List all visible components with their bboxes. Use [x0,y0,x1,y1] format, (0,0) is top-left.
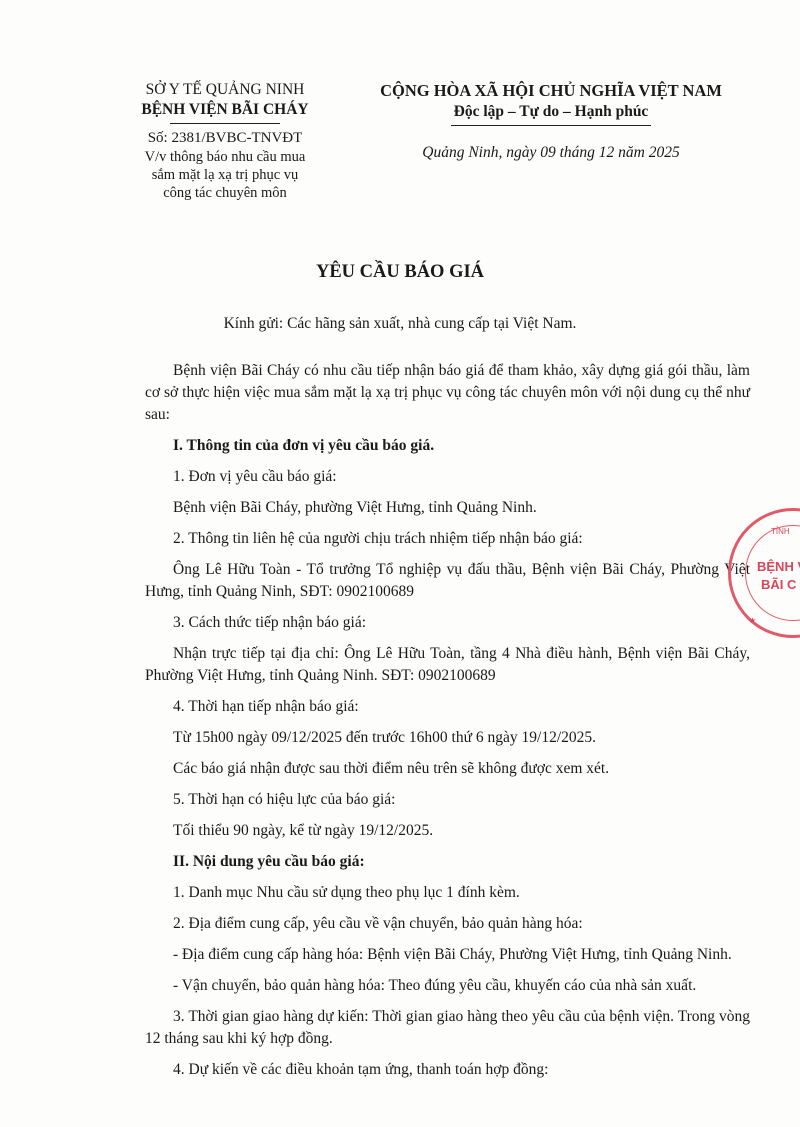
paragraph: - Vận chuyển, bảo quản hàng hóa: Theo đú… [145,975,750,997]
hospital-name: BỆNH VIỆN BÃI CHÁY [100,100,350,120]
paragraph: 5. Thời hạn có hiệu lực của báo giá: [145,789,750,811]
intro-paragraph: Bệnh viện Bãi Cháy có nhu cầu tiếp nhận … [145,360,750,426]
document-date: Quảng Ninh, ngày 09 tháng 12 năm 2025 [352,144,750,162]
paragraph: - Địa điểm cung cấp hàng hóa: Bệnh viện … [145,944,750,966]
subject-line: V/v thông báo nhu cầu mua [100,148,350,166]
divider [170,123,280,124]
stamp-text-line2: BÃI C [761,577,796,592]
subject-line: sắm mặt lạ xạ trị phục vụ [100,166,350,184]
paragraph: Từ 15h00 ngày 09/12/2025 đến trước 16h00… [145,727,750,749]
stamp-text-line1: BỆNH V [757,559,800,574]
paragraph: Ông Lê Hữu Toàn - Tổ trưởng Tổ nghiệp vụ… [145,559,750,603]
paragraph: Các báo giá nhận được sau thời điểm nêu … [145,758,750,780]
motto: Độc lập – Tự do – Hạnh phúc [352,102,750,122]
document-number: Số: 2381/BVBC-TNVĐT [100,128,350,148]
paragraph: Bệnh viện Bãi Cháy, phường Việt Hưng, tỉ… [145,497,750,519]
paragraph: 2. Thông tin liên hệ của người chịu trác… [145,528,750,550]
section-heading: II. Nội dung yêu cầu báo giá: [145,851,750,873]
paragraph: Tối thiểu 90 ngày, kể từ ngày 19/12/2025… [145,820,750,842]
greeting: Kính gửi: Các hãng sản xuất, nhà cung cấ… [0,315,800,333]
paragraph: 1. Danh mục Nhu cầu sử dụng theo phụ lục… [145,882,750,904]
stamp-top-text: TỈNH [771,527,790,536]
nation-title: CỘNG HÒA XÃ HỘI CHỦ NGHĨA VIỆT NAM [352,80,750,102]
paragraph: 4. Dự kiến về các điều khoản tạm ứng, th… [145,1059,750,1081]
stamp-star-icon: ★ [749,616,756,625]
paragraph: 3. Cách thức tiếp nhận báo giá: [145,612,750,634]
paragraph: 4. Thời hạn tiếp nhận báo giá: [145,696,750,718]
paragraph: 1. Đơn vị yêu cầu báo giá: [145,466,750,488]
section-heading: I. Thông tin của đơn vị yêu cầu báo giá. [145,435,750,457]
header-left: SỞ Y TẾ QUẢNG NINH BỆNH VIỆN BÃI CHÁY Số… [100,80,350,202]
paragraph: 3. Thời gian giao hàng dự kiến: Thời gia… [145,1006,750,1050]
paragraph: 2. Địa điểm cung cấp, yêu cầu về vận chu… [145,913,750,935]
department-name: SỞ Y TẾ QUẢNG NINH [100,80,350,100]
divider [451,125,651,126]
subject-line: công tác chuyên môn [100,184,350,202]
paragraph: Nhận trực tiếp tại địa chỉ: Ông Lê Hữu T… [145,643,750,687]
header-right: CỘNG HÒA XÃ HỘI CHỦ NGHĨA VIỆT NAM Độc l… [352,80,750,162]
document-title: YÊU CẦU BÁO GIÁ [0,262,800,283]
document-body: Bệnh viện Bãi Cháy có nhu cầu tiếp nhận … [145,360,750,1081]
